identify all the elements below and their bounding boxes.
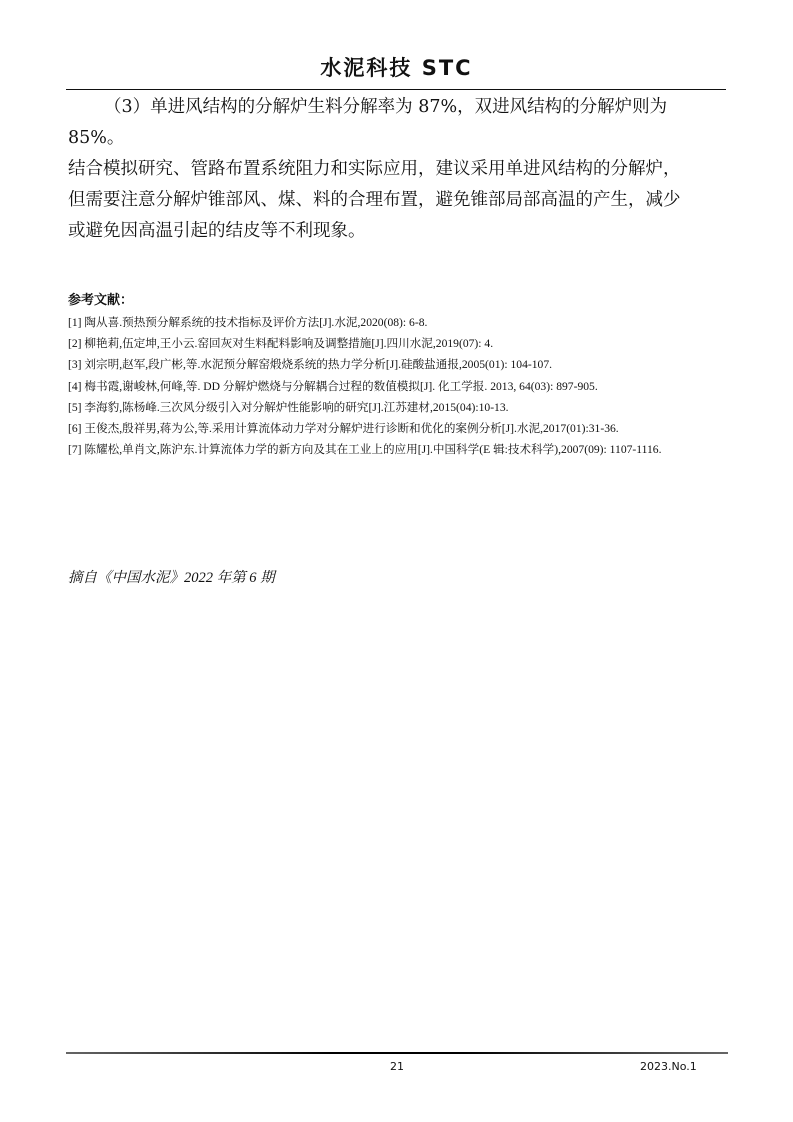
reference-item: [2] 柳艳莉,伍定坤,王小云.窑回灰对生料配料影响及调整措施[J].四川水泥,… bbox=[68, 333, 728, 354]
reference-item: [7] 陈耀松,单肖文,陈沪东.计算流体力学的新方向及其在工业上的应用[J].中… bbox=[68, 439, 728, 460]
references-heading: 参考文献： bbox=[68, 289, 133, 308]
footer-divider bbox=[66, 1052, 728, 1054]
conclusion-paragraph: （3）单进风结构的分解炉生料分解率为 87%，双进风结构的分解炉则为 85%。 … bbox=[68, 92, 728, 247]
reference-item: [5] 李海豹,陈杨峰.三次风分级引入对分解炉性能影响的研究[J].江苏建材,2… bbox=[68, 397, 728, 418]
journal-header-title: 水泥科技 STC bbox=[0, 52, 793, 82]
header-divider bbox=[66, 89, 726, 90]
paragraph-line: 但需要注意分解炉锥部风、煤、料的合理布置，避免锥部局部高温的产生，减少 bbox=[68, 185, 728, 216]
reference-item: [1] 陶从喜.预热预分解系统的技术指标及评价方法[J].水泥,2020(08)… bbox=[68, 312, 728, 333]
paragraph-line: （3）单进风结构的分解炉生料分解率为 87%，双进风结构的分解炉则为 85%。 bbox=[68, 92, 728, 154]
reference-item: [6] 王俊杰,殷祥男,蒋为公,等.采用计算流体动力学对分解炉进行诊断和优化的案… bbox=[68, 418, 728, 439]
reference-item: [4] 梅书霞,谢峻林,何峰,等. DD 分解炉燃烧与分解耦合过程的数值模拟[J… bbox=[68, 376, 728, 397]
references-list: [1] 陶从喜.预热预分解系统的技术指标及评价方法[J].水泥,2020(08)… bbox=[68, 312, 728, 460]
page-number: 21 bbox=[390, 1060, 404, 1073]
reference-item: [3] 刘宗明,赵军,段广彬,等.水泥预分解窑煅烧系统的热力学分析[J].硅酸盐… bbox=[68, 354, 728, 375]
issue-label: 2023.No.1 bbox=[640, 1060, 697, 1073]
paragraph-line: 或避免因高温引起的结皮等不利现象。 bbox=[68, 216, 728, 247]
paragraph-line: 结合模拟研究、管路布置系统阻力和实际应用，建议采用单进风结构的分解炉， bbox=[68, 154, 728, 185]
source-note: 摘自《中国水泥》2022 年第 6 期 bbox=[68, 566, 275, 587]
